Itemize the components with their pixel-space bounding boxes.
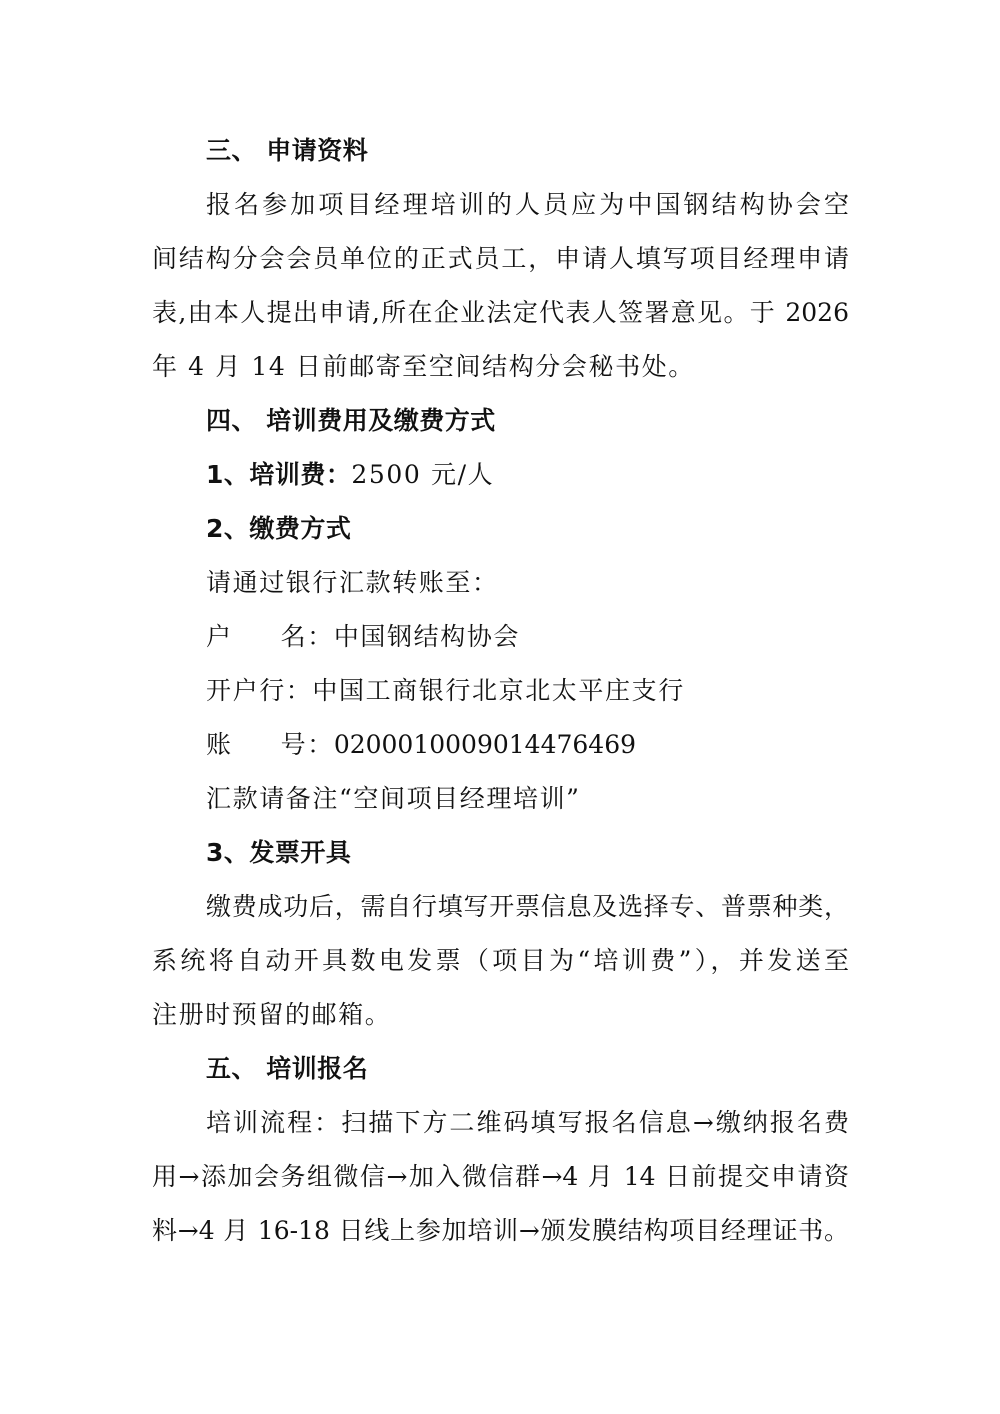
section-5-paragraph-line: 培训流程：扫描下方二维码填写报名信息→缴纳报名费 (152, 1096, 849, 1150)
bank-label: 开户行： (206, 676, 312, 705)
payment-intro: 请通过银行汇款转账至： (152, 556, 849, 610)
section-3-paragraph-line: 报名参加项目经理培训的人员应为中国钢结构协会空 (152, 178, 849, 232)
payment-method-heading: 2、缴费方式 (152, 502, 849, 556)
document-page: 三、 申请资料 报名参加项目经理培训的人员应为中国钢结构协会空 间结构分会会员单… (152, 124, 849, 1258)
section-3-paragraph-line: 年 4 月 14 日前邮寄至空间结构分会秘书处。 (152, 340, 849, 394)
section-5-paragraph-line: 用→添加会务组微信→加入微信群→4 月 14 日前提交申请资 (152, 1150, 849, 1204)
invoice-paragraph-line: 缴费成功后，需自行填写开票信息及选择专、普票种类， (152, 880, 849, 934)
account-name-label-b: 名： (281, 622, 334, 651)
training-fee-label: 1、培训费： (206, 460, 351, 489)
invoice-paragraph-line: 注册时预留的邮箱。 (152, 988, 849, 1042)
account-number-label-b: 号： (281, 730, 334, 759)
section-3-paragraph-line: 表,由本人提出申请,所在企业法定代表人签署意见。于 2026 (152, 286, 849, 340)
account-number-value: 0200010009014476469 (334, 730, 636, 759)
bank-value: 中国工商银行北京北太平庄支行 (312, 676, 684, 705)
training-fee-line: 1、培训费：2500 元/人 (152, 448, 849, 502)
account-name-value: 中国钢结构协会 (334, 622, 520, 651)
invoice-paragraph-line: 系统将自动开具数电发票（项目为“培训费”），并发送至 (152, 934, 849, 988)
training-fee-value: 2500 元/人 (351, 460, 494, 489)
section-5-heading: 五、 培训报名 (152, 1042, 849, 1096)
account-name-label-a: 户 (206, 622, 233, 651)
remittance-remark: 汇款请备注“空间项目经理培训” (152, 772, 849, 826)
section-3-paragraph-line: 间结构分会会员单位的正式员工，申请人填写项目经理申请 (152, 232, 849, 286)
section-5-paragraph-line: 料→4 月 16-18 日线上参加培训→颁发膜结构项目经理证书。 (152, 1204, 849, 1258)
bank-line: 开户行：中国工商银行北京北太平庄支行 (152, 664, 849, 718)
account-name-line: 户名：中国钢结构协会 (152, 610, 849, 664)
account-number-line: 账号：0200010009014476469 (152, 718, 849, 772)
section-3-heading: 三、 申请资料 (152, 124, 849, 178)
invoice-heading: 3、发票开具 (152, 826, 849, 880)
account-number-label-a: 账 (206, 730, 233, 759)
section-4-heading: 四、 培训费用及缴费方式 (152, 394, 849, 448)
